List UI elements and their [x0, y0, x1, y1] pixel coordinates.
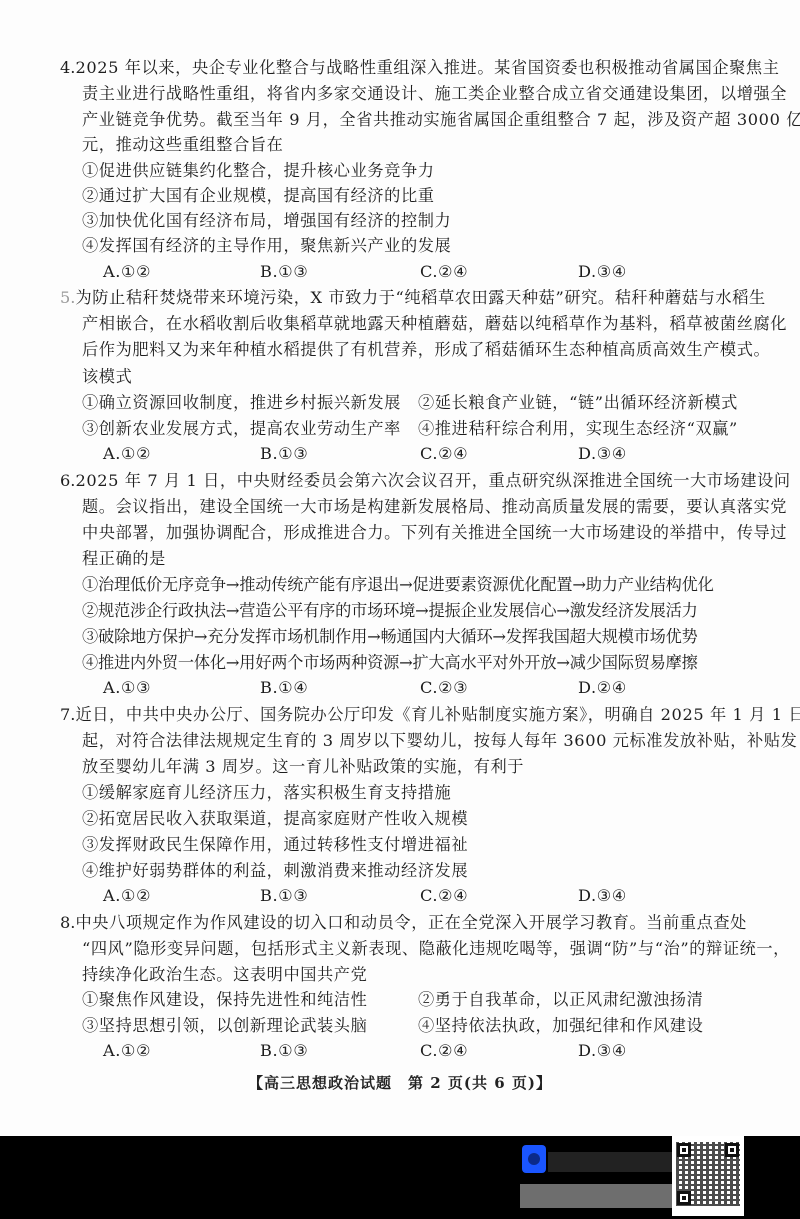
- statement-item: ③破除地方保护→充分发挥市场机制作用→畅通国内大循环→发挥我国超大规模市场优势: [82, 627, 698, 647]
- stem-line: 2025 年 7 月 1 日，中央财经委员会第六次会议召开，重点研究纵深推进全国…: [75, 471, 790, 490]
- statement-item: ③发挥财政民生保障作用，通过转移性支付增进福祉: [82, 835, 468, 855]
- statement-item: ④维护好弱势群体的利益，刺激消费来推动经济发展: [82, 861, 468, 881]
- stem-line: 持续净化政治生态。这表明中国共产党: [82, 965, 367, 985]
- brand-subtitle-blurred: [520, 1184, 672, 1208]
- choice-a: A.①③: [103, 678, 151, 698]
- qr-finder-icon: [725, 1143, 739, 1157]
- question-number: 4.: [60, 58, 75, 77]
- choice-b: B.①④: [260, 678, 308, 698]
- choice-d: D.③④: [578, 886, 627, 906]
- statement-item: ④坚持依法执政，加强纪律和作风建设: [418, 1016, 703, 1036]
- stem-line: 起，对符合法律法规规定生育的 3 周岁以下婴幼儿，按每人每年 3600 元标准发…: [82, 731, 797, 751]
- statement-item: ②勇于自我革命，以正风肃纪激浊扬清: [418, 990, 703, 1010]
- choice-c: C.②③: [420, 678, 468, 698]
- stem-line: 题。会议指出，建设全国统一大市场是构建新发展格局、推动高质量发展的需要，要认真落…: [82, 497, 787, 517]
- statement-item: ①促进供应链集约化整合，提升核心业务竞争力: [82, 161, 435, 181]
- statement-item: ④推进内外贸一体化→用好两个市场两种资源→扩大高水平对外开放→减少国际贸易摩擦: [82, 653, 698, 673]
- stem-line: 中央八项规定作为作风建设的切入口和动员令，正在全党深入开展学习教育。当前重点查处: [75, 913, 747, 932]
- statement-item: ①治理低价无序竞争→推动传统产能有序退出→促进要素资源优化配置→助力产业结构优化: [82, 575, 714, 595]
- stem-line: 该模式: [82, 367, 132, 387]
- statement-item: ①缓解家庭育儿经济压力，落实积极生育支持措施: [82, 783, 451, 803]
- page-footer: 【高三思想政治试题 第 2 页(共 6 页)】: [0, 1072, 800, 1093]
- choice-b: B.①③: [260, 444, 308, 464]
- stem-line: 产相嵌合，在水稻收割后收集稻草就地露天种植蘑菇，蘑菇以纯稻草作为基料，稻草被菌丝…: [82, 314, 787, 334]
- stem-line: 放至婴幼儿年满 3 周岁。这一育儿补贴政策的实施，有利于: [82, 757, 524, 777]
- choice-a: A.①②: [103, 886, 151, 906]
- statement-item: ③坚持思想引领，以创新理论武装头脑: [82, 1016, 367, 1036]
- choice-d: D.③④: [578, 262, 627, 282]
- statement-item: ③创新农业发展方式，提高农业劳动生产率: [82, 419, 401, 439]
- choice-c: C.②④: [420, 1041, 468, 1061]
- statement-item: ②通过扩大国有企业规模，提高国有经济的比重: [82, 186, 435, 206]
- choice-a: A.①②: [103, 262, 151, 282]
- statement-item: ①确立资源回收制度，推进乡村振兴新发展: [82, 393, 401, 413]
- statement-item: ②拓宽居民收入获取渠道，提高家庭财产性收入规模: [82, 809, 468, 829]
- stem-line: 为防止秸秆焚烧带来环境污染，X 市致力于“纯稻草农田露天种菇”研究。秸秆种蘑菇与…: [75, 288, 765, 307]
- stem-line: 元，推动这些重组整合旨在: [82, 135, 283, 155]
- qr-finder-icon: [677, 1191, 691, 1205]
- choice-c: C.②④: [420, 444, 468, 464]
- choice-b: B.①③: [260, 1041, 308, 1061]
- statement-item: ④发挥国有经济的主导作用，聚焦新兴产业的发展: [82, 236, 451, 256]
- statement-item: ③加快优化国有经济布局，增强国有经济的控制力: [82, 211, 451, 231]
- scan-logo-icon: [522, 1145, 546, 1173]
- choice-d: D.③④: [578, 1041, 627, 1061]
- choice-c: C.②④: [420, 262, 468, 282]
- choice-a: A.①②: [103, 1041, 151, 1061]
- choice-d: D.②④: [578, 678, 627, 698]
- choice-a: A.①②: [103, 444, 151, 464]
- statement-item: ②规范涉企行政执法→营造公平有序的市场环境→提振企业发展信心→激发经济发展活力: [82, 601, 698, 621]
- choice-d: D.③④: [578, 444, 627, 464]
- stem-line: 2025 年以来，央企专业化整合与战略性重组深入推进。某省国资委也积极推动省属国…: [75, 58, 779, 77]
- statement-item: ②延长粮食产业链，“链”出循环经济新模式: [418, 393, 738, 413]
- stem-line: “四风”隐形变异问题，包括形式主义新表现、隐蔽化违规吃喝等，强调“防”与“治”的…: [82, 939, 790, 959]
- stem-line: 近日，中共中央办公厅、国务院办公厅印发《育儿补贴制度实施方案》，明确自 2025…: [75, 705, 800, 724]
- exam-page: 4.2025 年以来，央企专业化整合与战略性重组深入推进。某省国资委也积极推动省…: [0, 0, 800, 1136]
- stem-line: 责主业进行战略性重组，将省内多家交通设计、施工类企业整合成立省交通建设集团，以增…: [82, 84, 787, 104]
- stem-line: 中央部署，加强协调配合，形成推进合力。下列有关推进全国统一大市场建设的举措中，传…: [82, 523, 787, 543]
- stem-line: 程正确的是: [82, 549, 166, 569]
- stem-line: 产业链竞争优势。截至当年 9 月，全省共推动实施省属国企重组整合 7 起，涉及资…: [82, 110, 800, 130]
- question-number: 7.: [60, 705, 75, 724]
- stem-line: 后作为肥料又为来年种植水稻提供了有机营养，形成了稻菇循环生态种植高质高效生产模式…: [82, 340, 770, 360]
- question-number: 8.: [60, 913, 75, 932]
- choice-b: B.①③: [260, 886, 308, 906]
- choice-c: C.②④: [420, 886, 468, 906]
- statement-item: ①聚焦作风建设，保持先进性和纯洁性: [82, 990, 367, 1010]
- qr-finder-icon: [677, 1143, 691, 1157]
- brand-name-blurred: [548, 1152, 672, 1172]
- choice-b: B.①③: [260, 262, 308, 282]
- question-number: 6.: [60, 471, 75, 490]
- question-number: 5.: [60, 288, 75, 307]
- statement-item: ④推进秸秆综合利用，实现生态经济“双赢”: [418, 419, 738, 439]
